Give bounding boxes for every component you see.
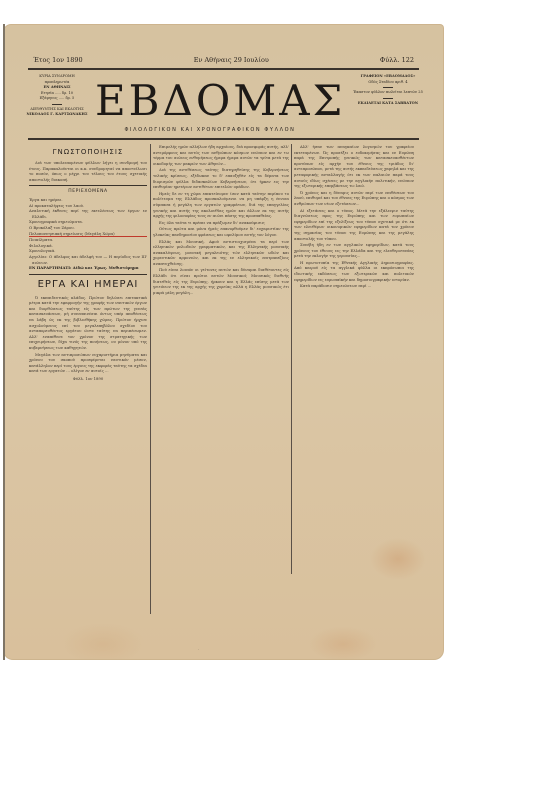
contents-item: Αναλυτική έκθεσις περί της εκτελέσεως τω… [29, 208, 147, 219]
article-paragraph: Ό εκπαιδευτικός κλάδος. Πρώτον δηλώσει ε… [29, 295, 147, 351]
article-paragraph: Συνέβη ήδη εν των αγγλικών εφημερίδων, κ… [294, 242, 414, 259]
newspaper-page: Έτος 1ον 1890 Εν Αθήναις 29 Ιουλίου Φύλλ… [3, 24, 444, 660]
divider [52, 104, 62, 105]
article-paragraph: Μεγάλα των αντιπροσώπων ευχαριστήρια μην… [29, 352, 147, 374]
info-line: Οδός Σταδίου αριθ. 4 [353, 80, 423, 86]
article-paragraph: Επιμελής ημών αλλήλων ήδη αρχαίους, διά … [153, 144, 289, 166]
article-paragraph: Εις όλα ταύτα τι πρέπει να πράξωμεν δι' … [153, 220, 289, 226]
year-label: Έτος 1ον 1890 [33, 56, 83, 64]
section-rule [29, 185, 147, 186]
column-divider [150, 144, 151, 614]
notices-heading: ΓΝΩΣΤΟΠΟΙΗΣΙΣ [29, 148, 147, 157]
section-rule [29, 274, 147, 275]
contents-heading: ΠΕΡΙΕΧΟΜΕΝΑ [29, 189, 147, 195]
article-paragraph: Η πρωτοτυπία της Εθνικής Αγγλικής Δημοσι… [294, 260, 414, 282]
newspaper-title: ΕΒΔΟΜΑΣ [95, 79, 325, 123]
info-line: ΓΡΑΦΕΙΟΝ «ΕΒΔΟΜΑΔΟΣ» [353, 74, 423, 80]
article-paragraph: Διά της αντιθέσεως ταύτης διατηρηθείσης … [153, 167, 289, 189]
contents-item: Αγγελίαι: Ο άδελφος και άδελφή του — Η π… [29, 254, 147, 265]
article-paragraph: Αλλ' ήσαν των αναγκαίων λογισμών του γρα… [294, 144, 414, 189]
masthead-rule-bottom [28, 138, 419, 140]
column-2: Επιμελής ημών αλλήλων ήδη αρχαίους, διά … [153, 144, 289, 624]
article-paragraph: Ελλάς και Μουσική. Αφού αντιστοιχισμένα … [153, 239, 289, 267]
info-line: ΝΙΚΟΛΑΟΣ Γ. ΚΑΡΤΣΩΝΑΚΗΣ [25, 112, 89, 118]
contents-item: ΕΝ ΠΑΡΑΡΤΗΜΑΤΙ: Αίδώ και Έρως. Μυθιστόρη… [29, 265, 147, 271]
column-footer: Φύλλ. 1ον 1890 [29, 376, 147, 382]
newspaper-subtitle: ΦΙΛΟΛΟΓΙΚΟΝ ΚΑΙ ΧΡΟΝΟΓΡΑΦΙΚΟΝ ΦΥΛΛΟΝ [95, 127, 325, 133]
contents-list: Έργα και ημέραι. Αί προκαταλήψεις του λα… [29, 197, 147, 271]
divider [383, 87, 393, 88]
info-line: Εξάμηνος ..... δρ. 5 [25, 96, 89, 102]
column-divider [291, 144, 292, 574]
article-paragraph: Ούτως πρώτα και μόνα ήμείς επανορθούμεν … [153, 226, 289, 237]
subscription-info: ΚΥΡΙΑ ΣΥΝΔΡΟΜΗ προπληρωτέα ΕΝ ΑΘΗΝΑΙΣ Ετ… [25, 74, 89, 118]
info-line: ΕΚΔΙΔΕΤΑΙ ΚΑΤΑ ΣΑΒΒΑΤΟΝ [353, 101, 423, 107]
article-paragraph: Αί εξετάσεις και ο τύπος. Μετά την εξάλε… [294, 208, 414, 242]
masthead-dateline: Έτος 1ον 1890 Εν Αθήναις 29 Ιουλίου Φύλλ… [33, 54, 414, 66]
article-paragraph: Ό χρόνος και η δύναμις αυτών περί των επ… [294, 190, 414, 207]
article-paragraph: Ημείς δε εν τη χώρα επεκτείνομεν ίσον κα… [153, 191, 289, 219]
masthead-rule-top [28, 68, 419, 70]
divider [383, 98, 393, 99]
info-line: Έκαστον φύλλον πωλείται λεπτών 25 [353, 90, 423, 96]
issue-number: Φύλλ. 122 [380, 56, 414, 64]
page-mark: · [198, 648, 199, 652]
column-3: Αλλ' ήσαν των αναγκαίων λογισμών του γρα… [294, 144, 414, 614]
column-1: ΓΝΩΣΤΟΠΟΙΗΣΙΣ Διά των υπολειπομένων φύλλ… [29, 144, 147, 624]
article-paragraph: Πού είναι λοιπόν οι γείτονες αυτών και δ… [153, 267, 289, 295]
contents-item-highlighted: Πελοποννησιακή σημείωσις (Μεγάλη Χώρα) [29, 231, 147, 238]
notices-text: Διά των υπολειπομένων φύλλων λήγει η συν… [29, 160, 147, 182]
office-info: ΓΡΑΦΕΙΟΝ «ΕΒΔΟΜΑΔΟΣ» Οδός Σταδίου αριθ. … [353, 74, 423, 106]
article-paragraph: Κατά παράδοσιν σημειώσεων περί ... [294, 283, 414, 289]
date-label: Εν Αθήναις 29 Ιουλίου [194, 56, 269, 64]
section-heading: ΕΡΓΑ ΚΑΙ ΗΜΕΡΑΙ [29, 279, 147, 291]
